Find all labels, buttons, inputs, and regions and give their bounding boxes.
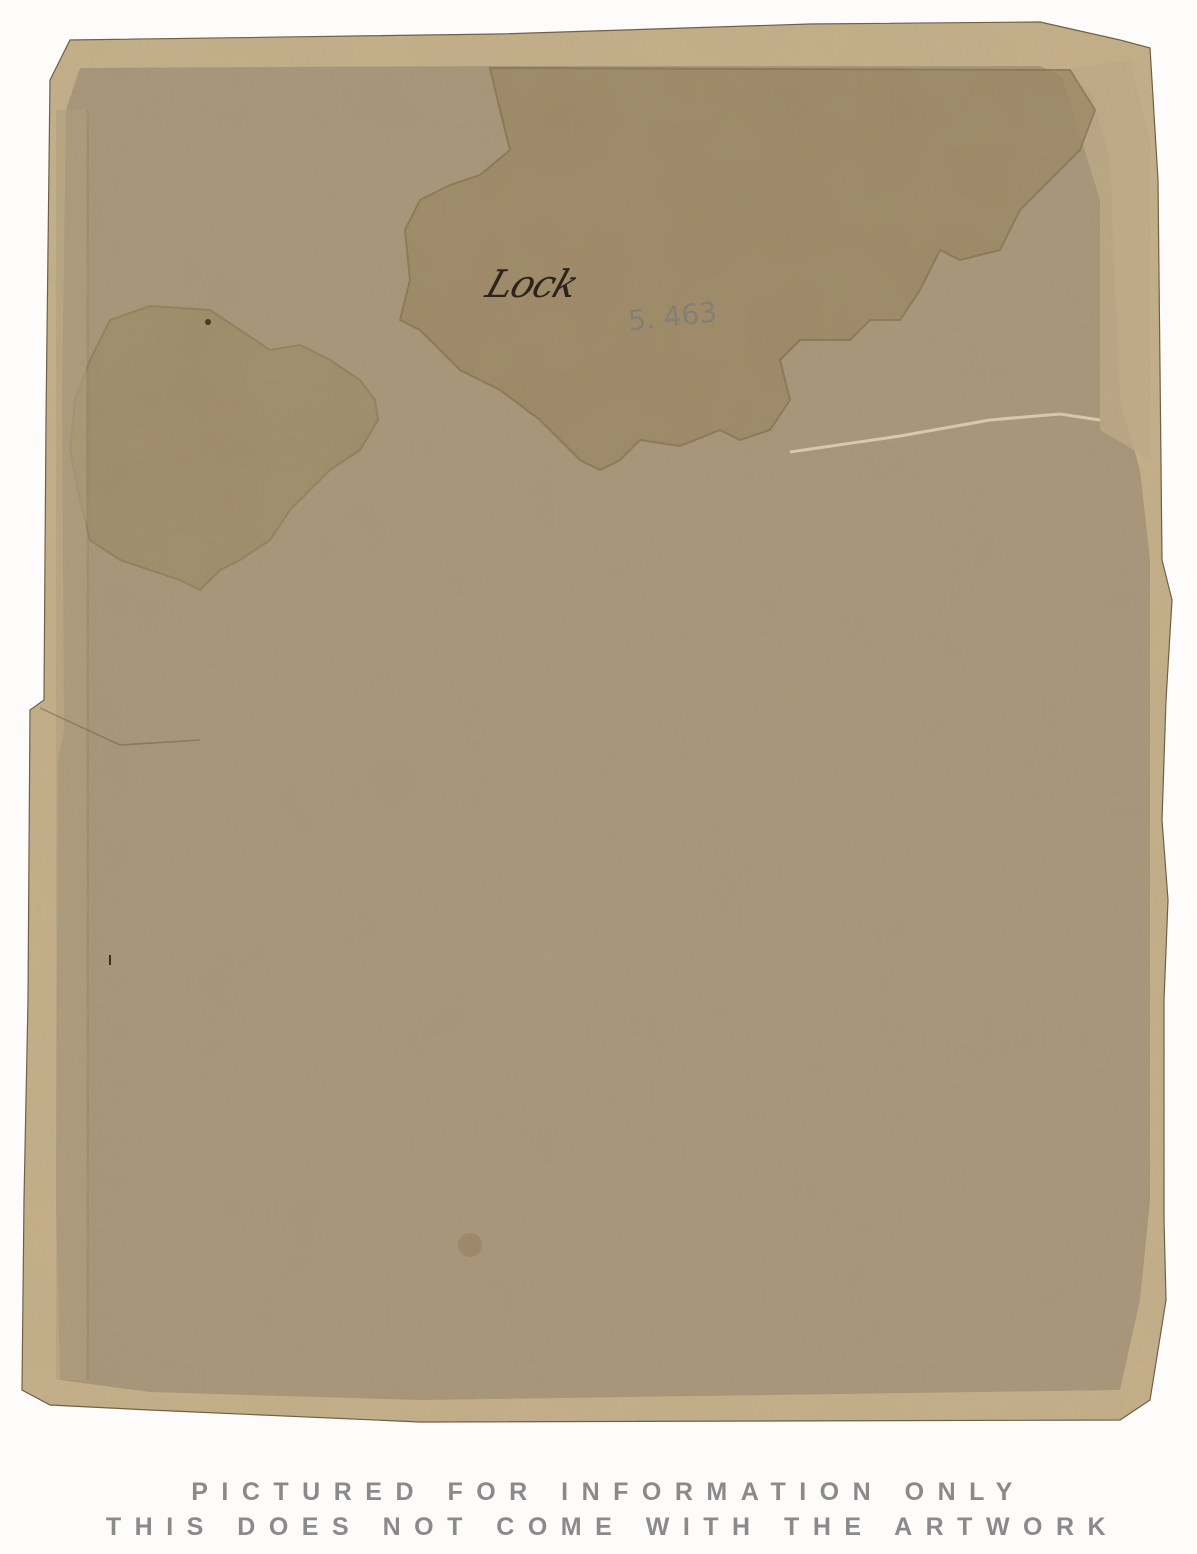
caption-line-1: PICTURED FOR INFORMATION ONLY [0, 1478, 1197, 1507]
paper-cover-photo: Lock 5. 463 [0, 0, 1197, 1440]
caption-line-2: THIS DOES NOT COME WITH THE ARTWORK [0, 1513, 1197, 1542]
ink-inscription: Lock [481, 262, 584, 306]
paper-illustration [0, 0, 1197, 1440]
